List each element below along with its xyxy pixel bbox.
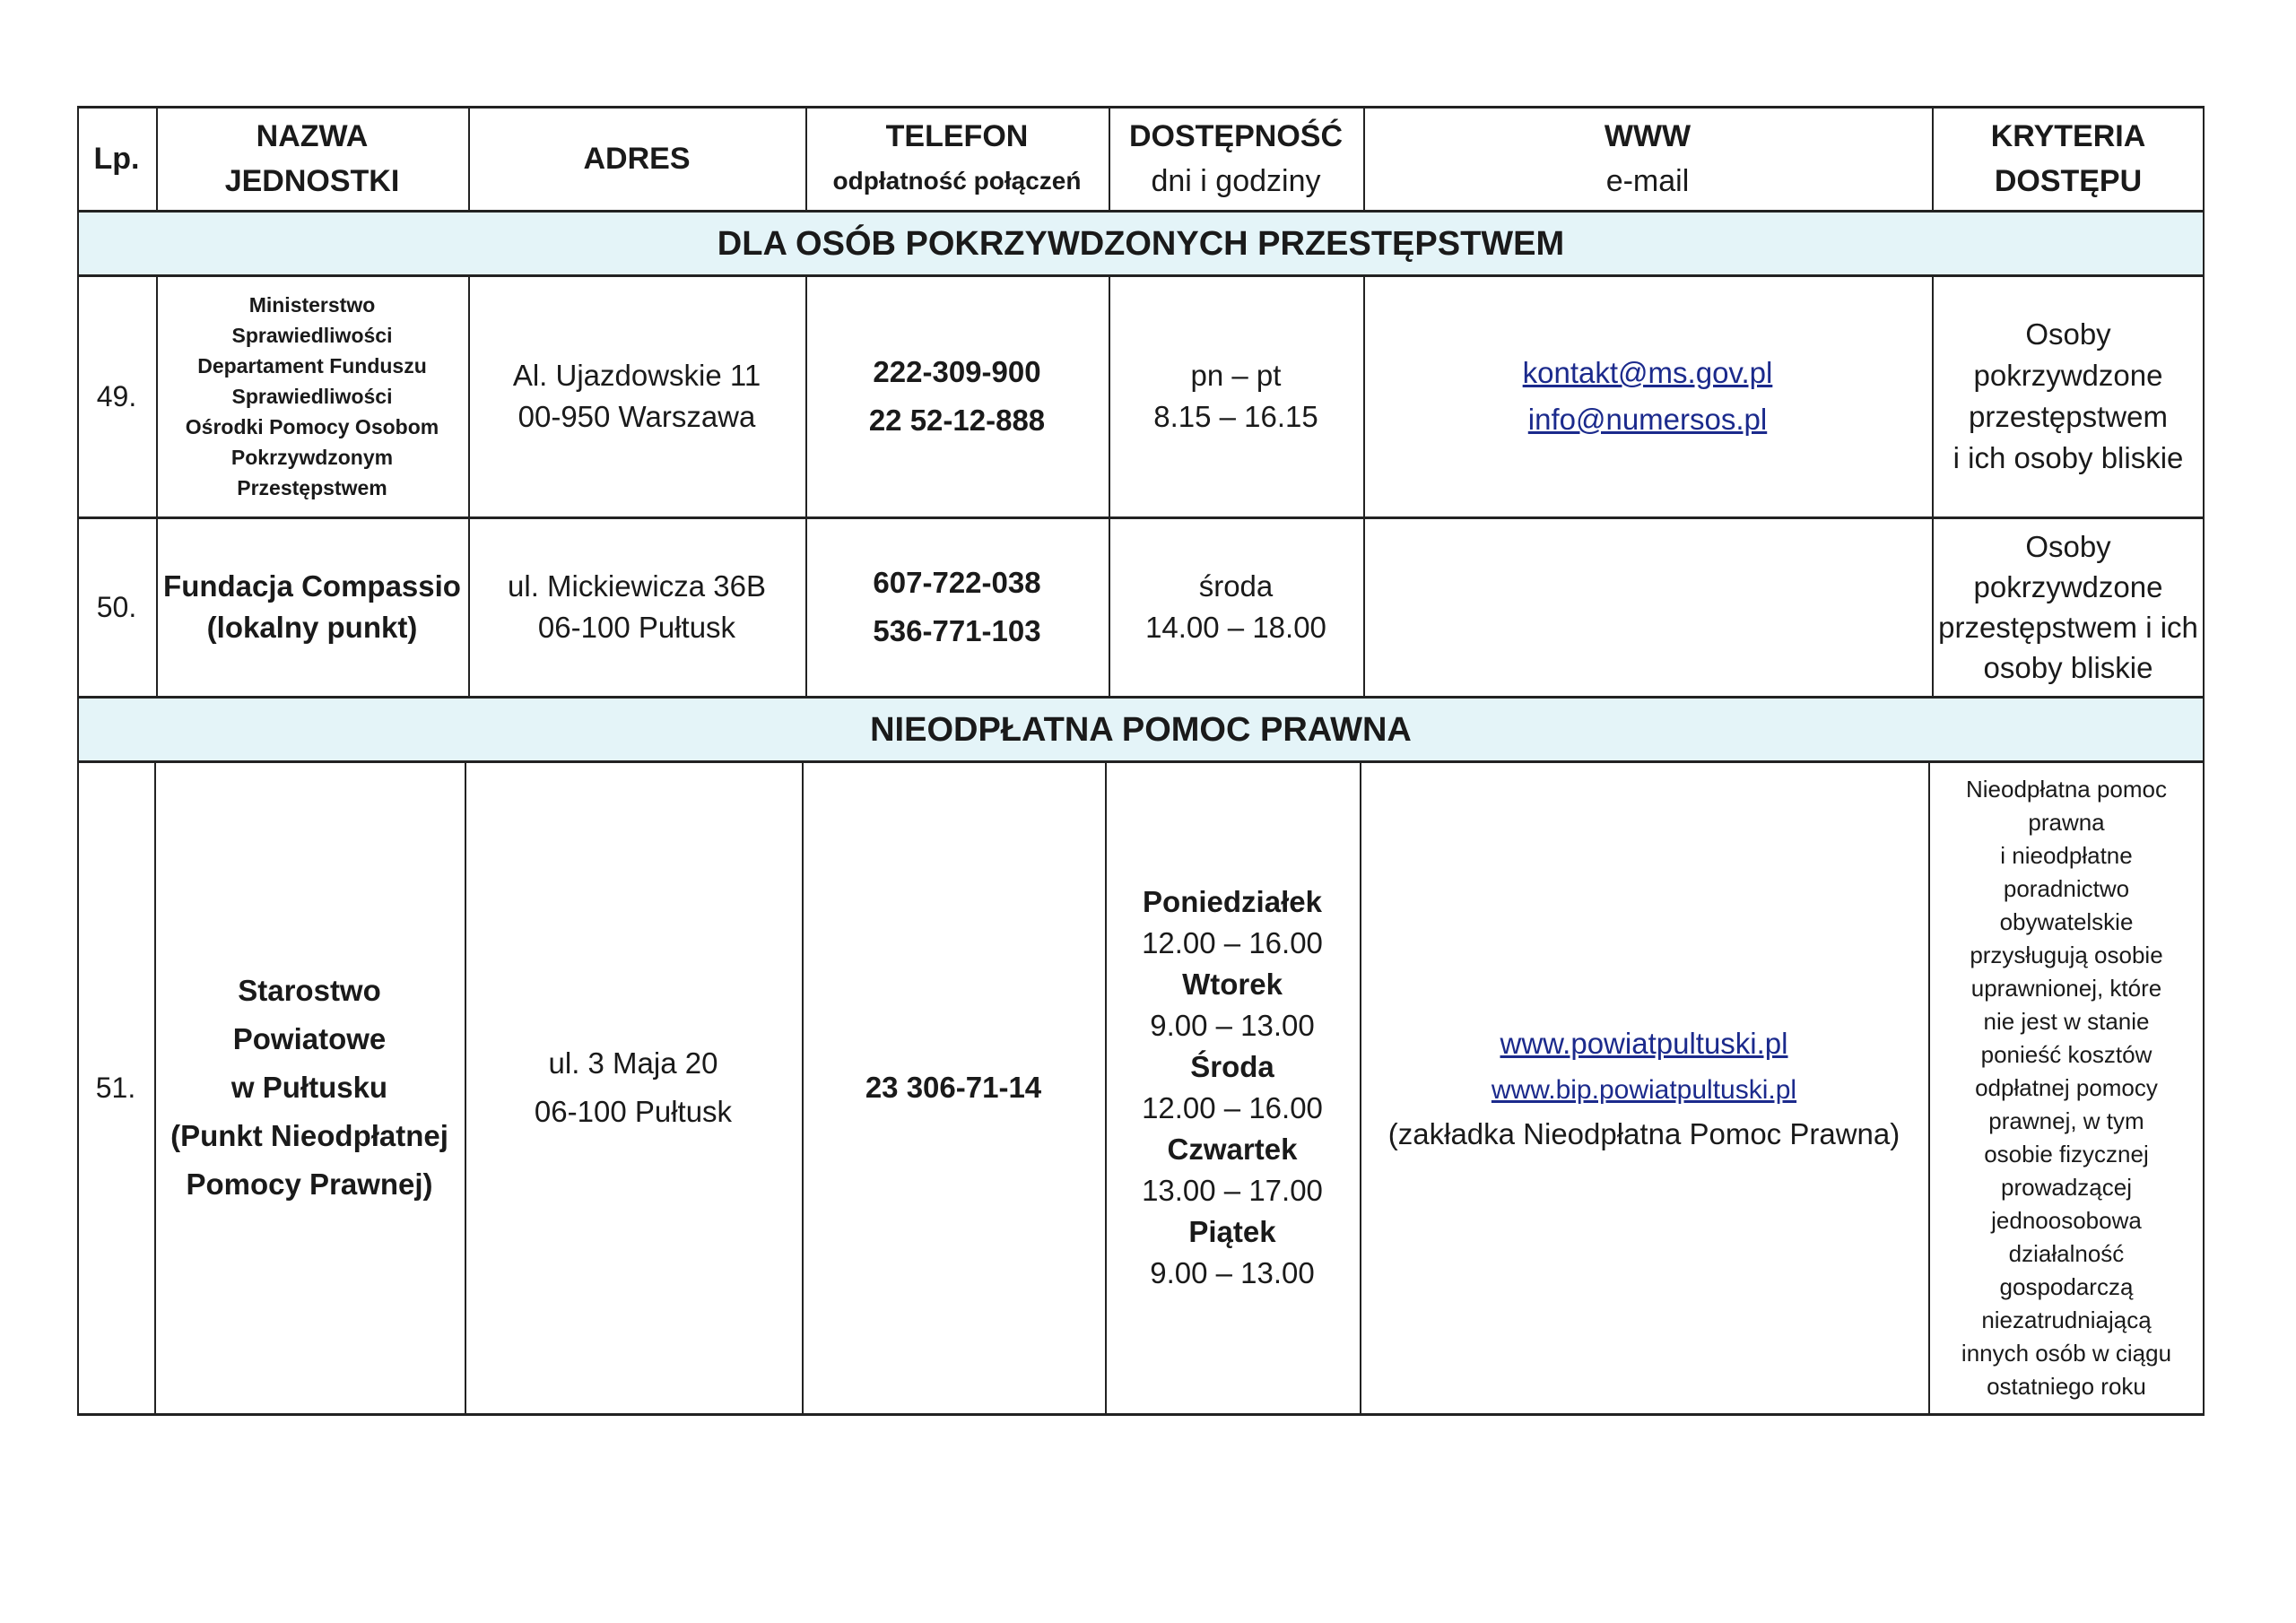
cell-text: Ministerstwo <box>249 290 376 320</box>
criteria: Nieodpłatna pomocprawnai nieodpłatnepora… <box>1928 762 2205 1413</box>
cell-text: obywatelskie <box>2000 906 2134 939</box>
address: Al. Ujazdowskie 1100-950 Warszawa <box>468 276 805 516</box>
email-link[interactable]: info@numersos.pl <box>1528 396 1767 443</box>
cell-text: 06-100 Pułtusk <box>538 607 735 648</box>
unit-name: Fundacja Compassio(lokalny punkt) <box>156 518 468 696</box>
header-name: NAZWAJEDNOSTKI <box>156 106 468 212</box>
cell-text: 51. <box>96 1067 135 1108</box>
cell-text: NAZWA <box>257 114 369 159</box>
cell-text: Przestępstwem <box>237 473 387 503</box>
cell-text: odpłatnej pomocy <box>1975 1072 2158 1105</box>
cell-text: e-mail <box>1606 159 1690 204</box>
schedule: Poniedziałek 12.00 – 16.00 Wtorek 9.00 –… <box>1105 762 1360 1413</box>
cell-text: Ośrodki Pomocy Osobom <box>186 412 439 442</box>
cell-text: NIEODPŁATNA POMOC PRAWNA <box>870 711 1412 750</box>
header-availability: DOSTĘPNOŚĆdni i godziny <box>1109 106 1363 212</box>
email-link[interactable]: kontakt@ms.gov.pl <box>1523 350 1773 396</box>
criteria: Osobypokrzywdzoneprzestępstwem i ichosob… <box>1932 518 2205 696</box>
cell-text: (Punkt Nieodpłatnej <box>170 1112 448 1160</box>
header-address: ADRES <box>468 106 805 212</box>
cell-text: Osoby <box>2025 314 2110 355</box>
contact-links: kontakt@ms.gov.pl info@numersos.pl <box>1363 276 1932 516</box>
contact-links <box>1363 518 1932 696</box>
contact-links: www.powiatpultuski.pl www.bip.powiatpult… <box>1360 762 1928 1413</box>
cell-text: Al. Ujazdowskie 11 <box>513 355 761 396</box>
cell-text: przestępstwem <box>1969 396 2168 438</box>
cell-text: osoby bliskie <box>1984 647 2153 688</box>
schedule-day: Piątek <box>1188 1211 1275 1253</box>
schedule-hours: 9.00 – 13.00 <box>1150 1253 1315 1294</box>
cell-text: KRYTERIA <box>1991 114 2146 159</box>
cell-text: pokrzywdzone <box>1974 567 2163 607</box>
criteria: Osobypokrzywdzoneprzestępstwemi ich osob… <box>1932 276 2205 516</box>
cell-text: 00-950 Warszawa <box>518 396 756 438</box>
cell-text: 222-309-900 <box>873 348 1040 396</box>
cell-text: przestępstwem i ich <box>1938 607 2198 647</box>
cell-text: DOSTĘPNOŚĆ <box>1129 114 1343 159</box>
cell-text: innych osób w ciągu <box>1961 1337 2171 1370</box>
cell-text: przysługują osobie <box>1970 939 2162 972</box>
cell-text: ul. Mickiewicza 36B <box>508 566 766 607</box>
schedule-hours: 13.00 – 17.00 <box>1142 1170 1323 1211</box>
cell-text: i nieodpłatne <box>2000 839 2132 872</box>
unit-name: Starostwo Powiatowew Pułtusku(Punkt Nieo… <box>154 762 465 1413</box>
cell-text: Sprawiedliwości <box>232 320 393 351</box>
row-number: 50. <box>77 518 156 696</box>
schedule-day: Środa <box>1190 1046 1274 1088</box>
phone: 607-722-038536-771-103 <box>805 518 1109 696</box>
row-number: 51. <box>77 762 154 1413</box>
section-title: DLA OSÓB POKRZYWDZONYCH PRZESTĘPSTWEM <box>77 212 2205 276</box>
cell-text: niezatrudniającą <box>1981 1304 2151 1337</box>
header-lp: Lp. <box>77 106 156 212</box>
cell-text: 607-722-038 <box>873 559 1040 607</box>
section-title: NIEODPŁATNA POMOC PRAWNA <box>77 698 2205 762</box>
cell-text: 14.00 – 18.00 <box>1145 607 1326 648</box>
cell-text: TELEFON <box>886 114 1029 159</box>
cell-text: ponieść kosztów <box>1981 1038 2152 1072</box>
cell-text: prowadzącej <box>2001 1171 2132 1204</box>
address: ul. Mickiewicza 36B06-100 Pułtusk <box>468 518 805 696</box>
schedule-hours: 9.00 – 13.00 <box>1150 1005 1315 1046</box>
cell-text: ostatniego roku <box>1987 1370 2146 1403</box>
cell-text: osobie fizycznej <box>1984 1138 2149 1171</box>
cell-text: prawna <box>2028 806 2104 839</box>
schedule-hours: 12.00 – 16.00 <box>1142 1088 1323 1129</box>
cell-text: ul. 3 Maja 20 <box>549 1039 718 1088</box>
contact-table: Lp. NAZWAJEDNOSTKI ADRES TELEFONodpłatno… <box>77 106 2205 1415</box>
cell-text: dni i godziny <box>1151 159 1320 204</box>
cell-text: Osoby <box>2025 526 2110 567</box>
cell-text: poradnictwo <box>2004 872 2129 906</box>
cell-text: Lp. <box>94 136 140 181</box>
cell-text: Nieodpłatna pomoc <box>1966 773 2167 806</box>
schedule-day: Czwartek <box>1168 1129 1298 1170</box>
cell-text: 49. <box>97 376 136 417</box>
cell-text: ADRES <box>583 136 690 181</box>
header-phone: TELEFONodpłatność połączeń <box>805 106 1109 212</box>
cell-text: WWW <box>1605 114 1691 159</box>
cell-text: działalność <box>2009 1237 2125 1271</box>
cell-text: 50. <box>97 586 136 628</box>
cell-text: pokrzywdzone <box>1974 355 2163 396</box>
phone: 222-309-90022 52-12-888 <box>805 276 1109 516</box>
cell-text: nie jest w stanie <box>1984 1005 2150 1038</box>
availability: środa14.00 – 18.00 <box>1109 518 1363 696</box>
schedule-hours: 12.00 – 16.00 <box>1142 923 1323 964</box>
availability: pn – pt8.15 – 16.15 <box>1109 276 1363 516</box>
cell-text: Departament Funduszu <box>197 351 427 381</box>
cell-text: Pokrzywdzonym <box>231 442 393 473</box>
website-link[interactable]: www.powiatpultuski.pl <box>1500 1020 1788 1067</box>
address: ul. 3 Maja 2006-100 Pułtusk <box>465 762 802 1413</box>
cell-text: 536-771-103 <box>873 607 1040 655</box>
cell-text: uprawnionej, które <box>1971 972 2161 1005</box>
cell-text: Sprawiedliwości <box>232 381 393 412</box>
cell-text: DLA OSÓB POKRZYWDZONYCH PRZESTĘPSTWEM <box>717 225 1564 264</box>
unit-name: MinisterstwoSprawiedliwościDepartament F… <box>156 276 468 516</box>
cell-text: jednoosobowa <box>1991 1204 2142 1237</box>
cell-text: 23 306-71-14 <box>865 1067 1041 1108</box>
cell-text: środa <box>1199 566 1274 607</box>
cell-text: w Pułtusku <box>231 1063 387 1112</box>
header-www: WWWe-mail <box>1363 106 1932 212</box>
row-number: 49. <box>77 276 156 516</box>
phone: 23 306-71-14 <box>802 762 1105 1413</box>
website-link[interactable]: www.bip.powiatpultuski.pl <box>1492 1067 1796 1114</box>
cell-text: DOSTĘPU <box>1995 159 2142 204</box>
cell-text: prawnej, w tym <box>1988 1105 2144 1138</box>
cell-text: JEDNOSTKI <box>225 159 400 204</box>
schedule-day: Wtorek <box>1182 964 1283 1005</box>
links-note: (zakładka Nieodpłatna Pomoc Prawna) <box>1388 1114 1900 1155</box>
cell-text: Fundacja Compassio <box>163 566 461 607</box>
cell-text: (lokalny punkt) <box>207 607 418 648</box>
cell-text: Pomocy Prawnej) <box>186 1160 432 1209</box>
cell-text: pn – pt <box>1191 355 1282 396</box>
cell-text: 8.15 – 16.15 <box>1153 396 1318 438</box>
cell-text: 22 52-12-888 <box>869 396 1045 445</box>
cell-text: gospodarczą <box>2000 1271 2134 1304</box>
header-criteria: KRYTERIADOSTĘPU <box>1932 106 2205 212</box>
cell-text: Starostwo Powiatowe <box>158 967 461 1063</box>
schedule-day: Poniedziałek <box>1143 881 1322 923</box>
cell-text: 06-100 Pułtusk <box>535 1088 732 1136</box>
cell-text: i ich osoby bliskie <box>1953 438 2184 479</box>
